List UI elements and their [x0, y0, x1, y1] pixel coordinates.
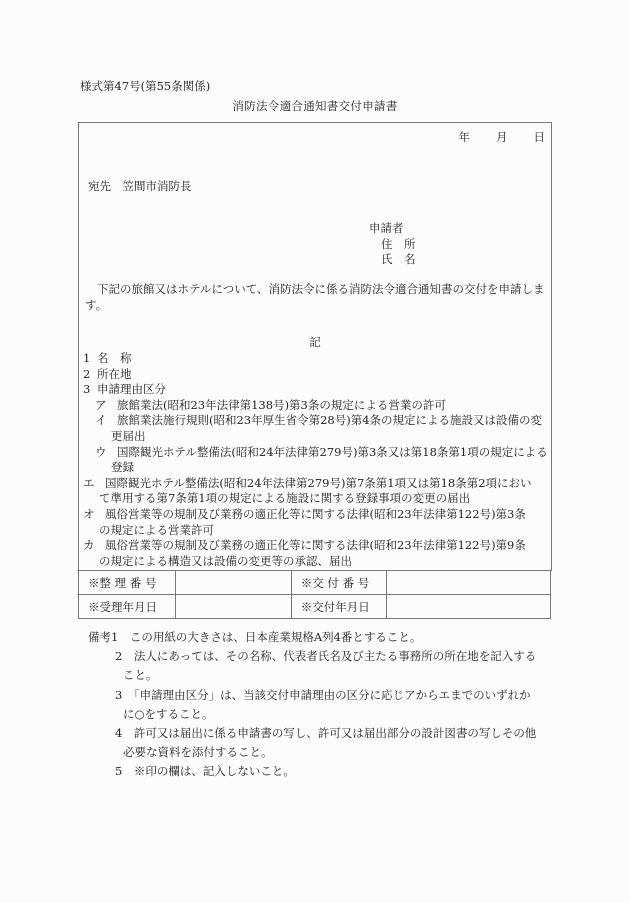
date-line: 年月日 [429, 130, 546, 145]
remark-3-cont: に○をすること。 [88, 705, 536, 724]
reason-option-i[interactable]: イ旅館業法施行規則(昭和23年厚生省令第28号)第4条の規定による施設又は設備の… [83, 413, 549, 444]
remark-4: 4 許可又は届出に係る申請書の写し、許可又は届出部分の設計図書の写しその他 [88, 724, 536, 743]
addressee: 宛先 笠間市消防長 [88, 179, 192, 194]
issue-date-field[interactable] [386, 595, 550, 619]
applicant-block: 申請者 住 所 氏 名 [369, 221, 416, 268]
reason-option-e[interactable]: エ国際観光ホテル整備法(昭和24年法律第279号)第7条第1項又は第18条第2項… [83, 476, 549, 507]
document-title: 消防法令適合通知書交付申請書 [0, 99, 630, 114]
receipt-date-label: ※受理年月日 [79, 595, 176, 619]
table-row: ※整 理 番 号 ※交 付 番 号 [79, 571, 551, 595]
filing-number-label: ※整 理 番 号 [79, 571, 176, 595]
applicant-name-label: 氏 名 [369, 252, 416, 268]
table-row: ※受理年月日 ※交付年月日 [79, 595, 551, 619]
office-use-table: ※整 理 番 号 ※交 付 番 号 ※受理年月日 ※交付年月日 [78, 570, 551, 619]
filing-number-field[interactable] [176, 571, 292, 595]
remark-5: 5 ※印の欄は、記入しないこと。 [88, 762, 536, 781]
item-reason-category: 3申請理由区分 [83, 382, 549, 398]
reason-option-a[interactable]: ア旅館業法(昭和23年法律第138号)第3条の規定による営業の許可 [83, 398, 549, 414]
item-name: 1名 称 [83, 351, 549, 367]
item-location: 2所在地 [83, 367, 549, 383]
date-year-label: 年 [459, 130, 471, 145]
receipt-date-field[interactable] [176, 595, 292, 619]
remark-4-cont: 必要な資料を添付すること。 [88, 743, 536, 762]
reason-option-u[interactable]: ウ国際観光ホテル整備法(昭和24年法律第279号)第3条又は第18条第1項の規定… [83, 445, 549, 476]
date-month-label: 月 [496, 130, 508, 145]
issue-number-field[interactable] [386, 571, 550, 595]
applicant-address-label: 住 所 [369, 237, 416, 253]
form-number: 様式第47号(第55条関係) [80, 79, 210, 94]
issue-date-label: ※交付年月日 [291, 595, 386, 619]
items-list: 1名 称 2所在地 3申請理由区分 ア旅館業法(昭和23年法律第138号)第3条… [83, 351, 549, 569]
reason-option-o[interactable]: オ風俗営業等の規制及び業務の適正化等に関する法律(昭和23年法律第122号)第3… [83, 507, 549, 538]
ki-heading: 記 [79, 335, 551, 350]
remark-2: 2 法人にあっては、その名称、代表者氏名及び主たる事務所の所在地を記入する [88, 647, 536, 666]
remarks: 備考1 この用紙の大きさは、日本産業規格A列4番とすること。 2 法人にあっては… [88, 628, 536, 782]
request-statement: 下記の旅館又はホテルについて、消防法令に係る消防法令適合通知書の交付を申請します… [85, 281, 547, 313]
issue-number-label: ※交 付 番 号 [291, 571, 386, 595]
remark-2-cont: こと。 [88, 666, 536, 685]
remark-3: 3 「申請理由区分」は、当該交付申請理由の区分に応じアからエまでのいずれか [88, 686, 536, 705]
application-form-box: 年月日 宛先 笠間市消防長 申請者 住 所 氏 名 下記の旅館又はホテルについて… [78, 122, 552, 571]
remark-1: 備考1 この用紙の大きさは、日本産業規格A列4番とすること。 [88, 628, 536, 647]
applicant-label: 申請者 [369, 221, 416, 237]
reason-option-ka[interactable]: カ風俗営業等の規制及び業務の適正化等に関する法律(昭和23年法律第122号)第9… [83, 538, 549, 569]
date-day-label: 日 [534, 130, 546, 145]
